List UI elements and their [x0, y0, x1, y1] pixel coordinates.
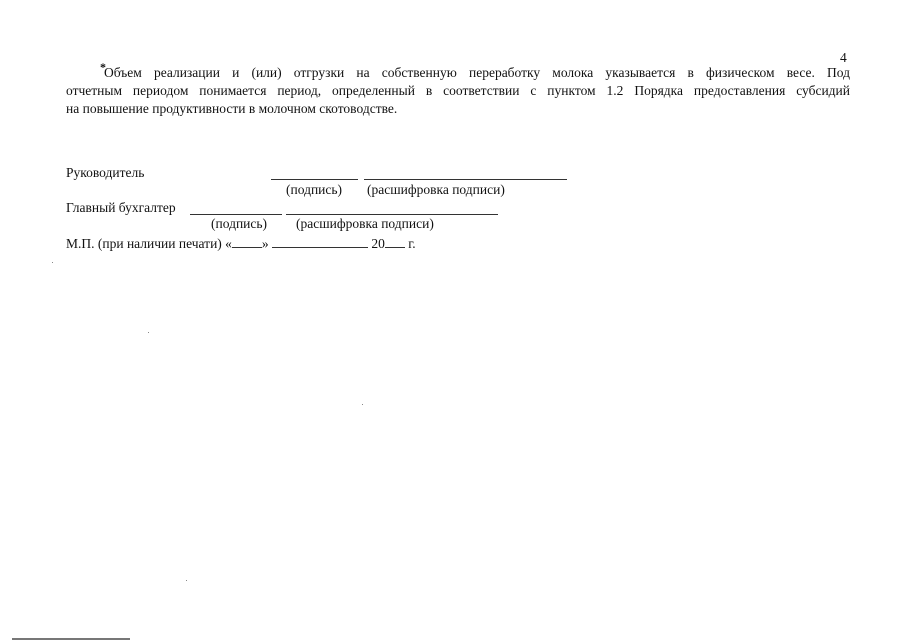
stamp-label: М.П. (при наличии печати) — [66, 236, 222, 251]
scan-speck — [362, 404, 363, 405]
scan-speck — [186, 580, 187, 581]
head-sign-caption: (подпись) — [286, 182, 342, 198]
year-prefix: 20 — [371, 236, 385, 251]
year-suffix: г. — [408, 236, 415, 251]
day-field[interactable] — [232, 233, 262, 248]
footnote-marker: * — [100, 58, 106, 76]
close-quote: » — [262, 236, 269, 251]
stamp-date-line: М.П. (при наличии печати) «» 20 г. — [66, 233, 416, 252]
scan-speck — [148, 332, 149, 333]
open-quote: « — [225, 236, 232, 251]
accountant-sign-caption: (подпись) — [211, 216, 267, 232]
footnote-line-2: отчетным периодом понимается период, опр… — [66, 82, 850, 100]
head-label: Руководитель — [66, 165, 144, 181]
footnote-line-3: на повышение продуктивности в молочном с… — [66, 100, 850, 118]
month-field[interactable] — [272, 233, 368, 248]
year-field[interactable] — [385, 233, 405, 248]
head-decode-caption: (расшифровка подписи) — [367, 182, 505, 198]
accountant-label: Главный бухгалтер — [66, 200, 176, 216]
scan-speck — [52, 262, 53, 263]
footnote: * Объем реализации и (или) отгрузки на с… — [66, 64, 850, 118]
footnote-line-1: * Объем реализации и (или) отгрузки на с… — [66, 64, 850, 82]
accountant-decode-caption: (расшифровка подписи) — [296, 216, 434, 232]
